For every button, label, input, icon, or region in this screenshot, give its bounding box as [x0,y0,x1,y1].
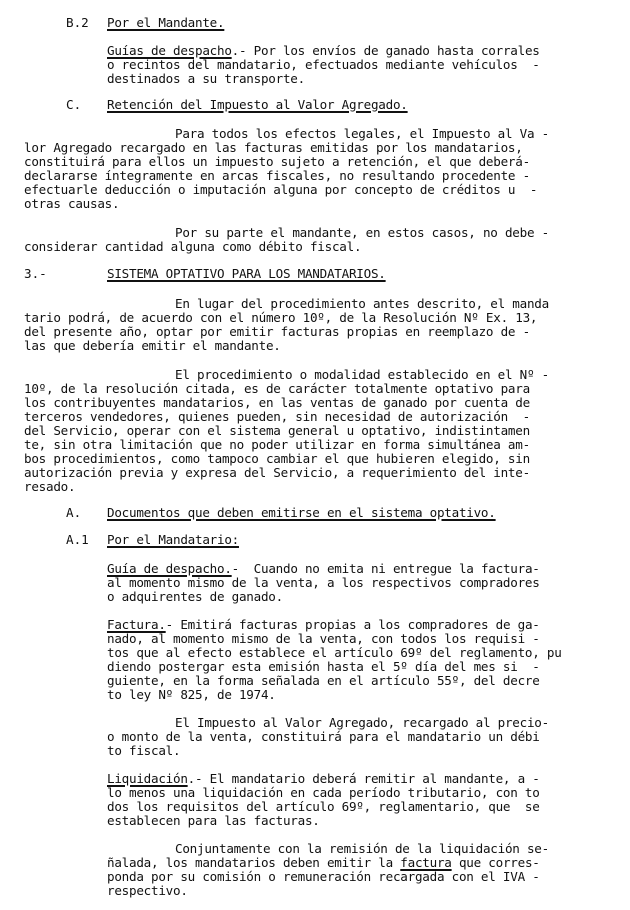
paragraph-line: establecen para las facturas. [107,814,320,828]
paragraph-line: Liquidación.- El mandatario deberá remit… [107,772,540,786]
section-number: B.2 [66,16,89,30]
paragraph-line: considerar cantidad alguna como débito f… [24,240,361,254]
paragraph-line: ñalada, los mandatarios deben emitir la … [107,856,540,870]
paragraph-line: to fiscal. [107,744,180,758]
paragraph-line: resado. [24,480,75,494]
paragraph-line: bos procedimientos, como tampoco cambiar… [24,452,530,466]
paragraph-line: guiente, en la forma señalada en el artí… [107,674,540,688]
paragraph-line: ponda por su comisión o remuneración rec… [107,870,540,884]
section-number: C. [66,98,81,112]
paragraph-line: respectivo. [107,884,188,898]
paragraph-line: diendo postergar esta emisión hasta el 5… [107,660,540,674]
paragraph-line: las que debería emitir el mandante. [24,339,281,353]
paragraph-line: to ley Nº 825, de 1974. [107,688,276,702]
paragraph-label: Guías de despacho [107,43,232,58]
paragraph-line: Por su parte el mandante, en estos casos… [175,226,549,240]
section-number: 3.- [24,267,47,281]
paragraph-line: El procedimiento o modalidad establecido… [175,368,549,382]
paragraph-line: los contribuyentes mandatarios, en las v… [24,396,530,410]
paragraph-label: Liquidación [107,771,188,786]
section-heading: Por el Mandante. [107,16,224,30]
section-heading: Por el Mandatario: [107,533,239,547]
paragraph-line: o adquirentes de ganado. [107,590,283,604]
section-heading: SISTEMA OPTATIVO PARA LOS MANDATARIOS. [107,267,386,281]
paragraph-line: Conjuntamente con la remisión de la liqu… [175,842,549,856]
paragraph-line: del presente año, optar por emitir factu… [24,325,530,339]
paragraph-line: Guías de despacho.- Por los envíos de ga… [107,44,540,58]
paragraph-line: efectuarle deducción o imputación alguna… [24,183,537,197]
section-number: A.1 [66,533,89,547]
paragraph-line: declararse íntegramente en arcas fiscale… [24,169,530,183]
paragraph-line: autorización previa y expresa del Servic… [24,466,530,480]
section-number: A. [66,506,81,520]
paragraph-line: te, sin otra limitación que no poder uti… [24,438,530,452]
paragraph-line: o recintos del mandatario, efectuados me… [107,58,540,72]
paragraph-line: Factura.- Emitirá facturas propias a los… [107,618,540,632]
paragraph-line: nado, al momento mismo de la venta, con … [107,632,540,646]
section-heading: Retención del Impuesto al Valor Agregado… [107,98,408,112]
paragraph-label: Guía de despacho. [107,561,232,576]
paragraph-line: El Impuesto al Valor Agregado, recargado… [175,716,549,730]
paragraph-line: o monto de la venta, constituirá para el… [107,730,540,744]
paragraph-line: destinados a su transporte. [107,72,305,86]
paragraph-line: lor Agregado recargado en las facturas e… [24,141,523,155]
paragraph-line: al momento mismo de la venta, a los resp… [107,576,540,590]
paragraph-line: lo menos una liquidación en cada período… [107,786,540,800]
paragraph-line: 10º, de la resolución citada, es de cará… [24,382,530,396]
paragraph-line: otras causas. [24,197,119,211]
paragraph-line: constituirá para ellos un impuesto sujet… [24,155,530,169]
paragraph-line: Guía de despacho.- Cuando no emita ni en… [107,562,540,576]
paragraph-line: tario podrá, de acuerdo con el número 10… [24,311,537,325]
paragraph-line: tos que al efecto establece el artículo … [107,646,562,660]
paragraph-line: terceros vendedores, quienes pueden, sin… [24,410,530,424]
paragraph-line: dos los requisitos del artículo 69º, reg… [107,800,540,814]
underlined-word: factura [400,855,451,870]
paragraph-line: del Servicio, operar con el sistema gene… [24,424,530,438]
paragraph-line: Para todos los efectos legales, el Impue… [175,127,549,141]
paragraph-label: Factura. [107,617,166,632]
section-heading: Documentos que deben emitirse en el sist… [107,506,496,520]
paragraph-line: En lugar del procedimiento antes descrit… [175,297,549,311]
